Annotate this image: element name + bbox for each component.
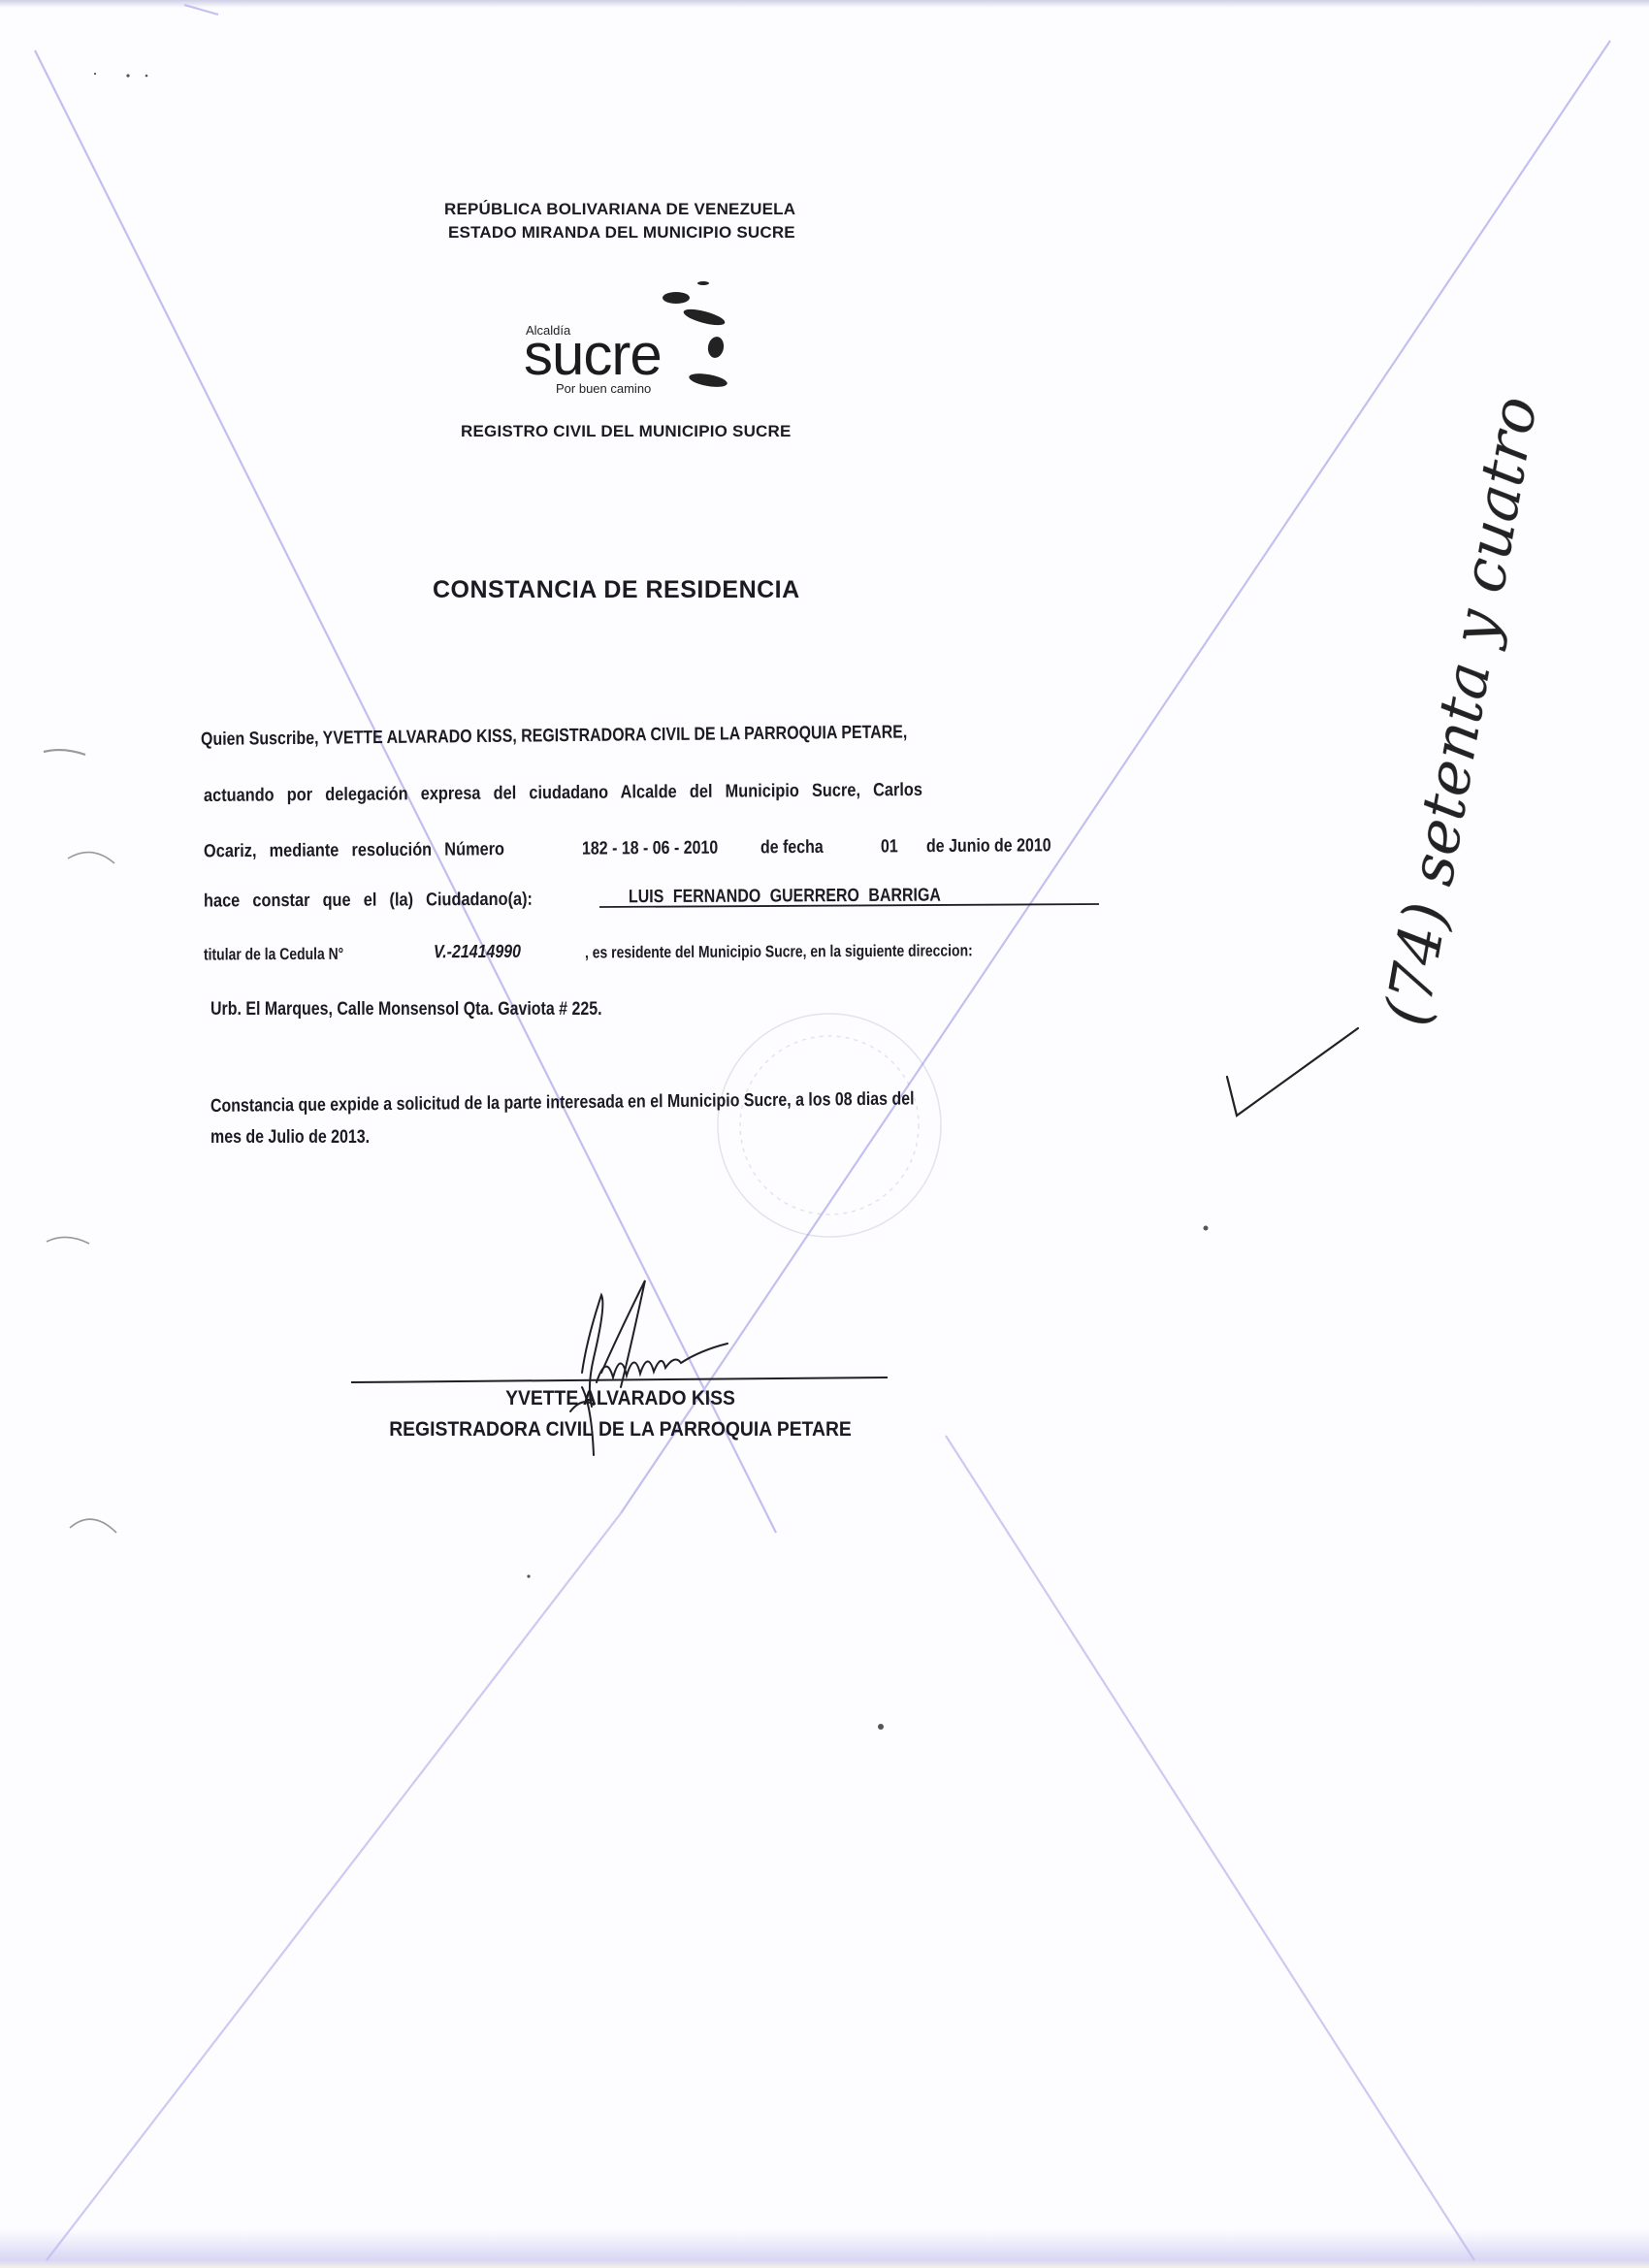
body-line-2: actuando por delegación expresa del ciud… (204, 780, 922, 807)
body-line-1: Quien Suscribe, YVETTE ALVARADO KISS, RE… (201, 722, 907, 751)
residence-statement: , es residente del Municipio Sucre, en l… (585, 941, 973, 962)
body-line-3: Ocariz, mediante resolución Número 182 -… (204, 835, 1135, 869)
id-label: titular de la Cedula N° (204, 945, 343, 965)
header-country: REPÚBLICA BOLIVARIANA DE VENEZUELA (444, 200, 795, 219)
issuance-line-1: Constancia que expide a solicitud de la … (210, 1088, 915, 1118)
signature-line (351, 1377, 888, 1382)
resolution-month-year: de Junio de 2010 (926, 835, 1051, 858)
citizen-label: hace constar que el (la) Ciudadano(a): (204, 890, 533, 913)
resolution-date-label: de fecha (760, 837, 824, 859)
logo-name: sucre (524, 326, 662, 384)
scan-edge-bottom (0, 2229, 1649, 2268)
signatory-name: YVETTE ALVARADO KISS (372, 1387, 868, 1410)
body-line-5: titular de la Cedula N° V.-21414990 , es… (204, 938, 1135, 970)
registry-stamp (718, 1014, 941, 1237)
scan-edge-top (0, 0, 1649, 8)
handwritten-page-count: (74) setenta y cuatro (1227, 391, 1551, 1116)
map-islands-icon (663, 281, 728, 389)
body-line-4: hace constar que el (la) Ciudadano(a): L… (204, 886, 1135, 918)
logo-tagline: Por buen camino (556, 381, 651, 396)
header-state: ESTADO MIRANDA DEL MUNICIPIO SUCRE (448, 223, 795, 243)
resolution-label: Ocariz, mediante resolución Número (204, 839, 504, 862)
header-registry: REGISTRO CIVIL DEL MUNICIPIO SUCRE (461, 422, 792, 441)
resolution-number: 182 - 18 - 06 - 2010 (582, 838, 718, 860)
citizen-name: LUIS FERNANDO GUERRERO BARRIGA (629, 886, 941, 909)
svg-text:(74) setenta y cuatro: (74) setenta y cuatro (1371, 391, 1551, 1031)
resolution-day: 01 (881, 836, 898, 858)
issuance-line-2: mes de Julio de 2013. (210, 1127, 370, 1149)
document-title: CONSTANCIA DE RESIDENCIA (433, 576, 800, 604)
address: Urb. El Marques, Calle Monsensol Qta. Ga… (210, 999, 602, 1021)
id-number: V.-21414990 (434, 942, 521, 963)
signatory-role: REGISTRADORA CIVIL DE LA PARROQUIA PETAR… (372, 1418, 868, 1442)
hole-punch-marks (44, 750, 116, 1533)
